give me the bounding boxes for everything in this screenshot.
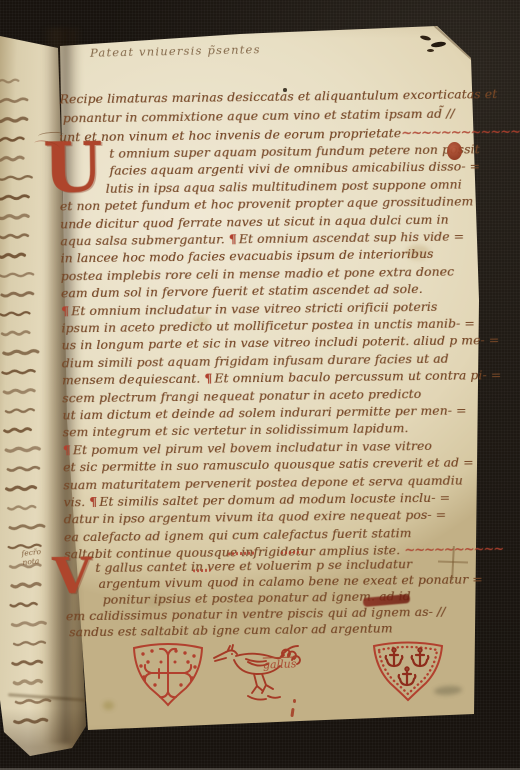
text-segment: in lancee hoc modo facies evacuabis ipsu… <box>60 247 433 266</box>
text-segment: Et pomum vel pirum vel bovem includatur … <box>73 439 432 457</box>
rubric-mark: ~~~~~~~~~~~~~~~~~~~~~~ <box>401 124 520 142</box>
manuscript-text-line: argentum vivum quod in calamo bene ne ex… <box>98 573 482 590</box>
red-wax-dot <box>447 142 462 160</box>
text-segment: dium simili post aquam frigidam infusam … <box>62 352 449 371</box>
text-segment: sem integrum et sic vertetur in solidiss… <box>63 421 409 439</box>
text-segment: unt et non vinum et hoc invenis de eorum… <box>59 126 401 144</box>
text-segment: Et omnium includatur in vase vitreo stri… <box>71 300 437 318</box>
text-segment: t gallus cantet in vere et voluerim p se… <box>95 557 412 575</box>
manuscript-text-line: unt et non vinum et hoc invenis de eorum… <box>59 125 520 145</box>
manuscript-text-line: Recipe limaturas marinas desiccatas et a… <box>59 88 497 106</box>
manuscript-text-line: dium simili post aquam frigidam infusam … <box>62 353 449 370</box>
text-segment: ponantur in commixtione aque cum vino et… <box>63 107 455 126</box>
rubric-mark: ¶ <box>63 442 71 457</box>
left-margin-note-line: nota <box>22 556 42 567</box>
text-segment: mensem dequiescant. <box>62 372 205 388</box>
manuscript-text-line: t gallus cantet in vere et voluerim p se… <box>95 558 412 574</box>
text-segment: ipsum in aceto predicto ut mollificetur … <box>61 316 475 335</box>
manuscript-text-line: aqua salsa submergantur. ¶Et omnium asce… <box>60 230 464 247</box>
text-segment: scem plectrum frangi nequeat ponatur in … <box>62 387 421 405</box>
text-segment: ut iam dictum et deinde ad solem indurar… <box>62 403 466 422</box>
manuscript-text-line: ut iam dictum et deinde ad solem indurar… <box>62 404 466 421</box>
manuscript-text-line: lutis in ipsa aqua salis multitudinem po… <box>106 179 462 196</box>
manuscript-text-line: mensem dequiescant. ¶Et omnium baculo pe… <box>62 369 501 387</box>
rubric-mark: ¶ <box>61 303 69 318</box>
text-segment: datur in ipso argentum vivum ita quod ex… <box>64 508 447 527</box>
left-heraldic-shield-icon <box>128 640 208 710</box>
manuscript-text-line: vis. ¶Et similis saltet per domum ad mod… <box>63 492 450 509</box>
manuscript-text-line: datur in ipso argentum vivum ita quod ex… <box>64 509 447 526</box>
rubric-mark: ¶ <box>89 494 97 509</box>
text-segment: eam dum sol in fervore fuerit et statim … <box>61 282 423 300</box>
manuscript-text-line: sem integrum et sic vertetur in solidiss… <box>63 422 409 439</box>
text-segment: Recipe limaturas marinas desiccatas et a… <box>59 87 497 106</box>
text-segment: t omnium super aquam positum fundum pete… <box>109 142 480 161</box>
rubric-mark: ¶ <box>229 231 237 246</box>
rubric-mark: ¶ <box>204 371 212 386</box>
text-segment: facies aquam argenti vivi de omnibus ami… <box>109 159 480 178</box>
text-segment: us in longum parte et sic in vase vitreo… <box>61 333 499 352</box>
text-segment: postea implebis rore celi in mense madio… <box>61 265 455 284</box>
text-segment: vis. <box>63 495 89 509</box>
anchor-charges <box>386 648 429 685</box>
manuscript-text-line: us in longum parte et sic in vase vitreo… <box>61 334 499 352</box>
manuscript-photo: Pateat vniuersis p̃sentes Recipe limatur… <box>0 0 520 770</box>
right-heraldic-shield-icon <box>369 639 447 705</box>
rooster-caption: gallus <box>263 657 297 671</box>
manuscript-text-line: eam dum sol in fervore fuerit et statim … <box>61 283 423 300</box>
text-segment: et non petet fundum et hoc provenit prop… <box>60 194 474 213</box>
manuscript-text-line: em calidissimus ponatur in ventre piscis… <box>66 606 446 623</box>
text-segment: argentum vivum quod in calamo bene ne ex… <box>98 572 482 591</box>
manuscript-text-line: ¶Et omnium includatur in vase vitreo str… <box>61 301 437 318</box>
manuscript-text-line: facies aquam argenti vivi de omnibus ami… <box>109 160 480 177</box>
manuscript-text-line: unde dicitur quod ferrate naves ut sicut… <box>60 214 449 231</box>
manuscript-text-line: ponantur in commixtione aque cum vino et… <box>63 108 455 125</box>
text-segment: Et omnium ascendat sup his vide = <box>239 229 464 246</box>
manuscript-text-line: ea calefacto ad ignem qui cum calefactus… <box>64 527 412 544</box>
text-segment: lutis in ipsa aqua salis multitudinem po… <box>106 178 462 196</box>
drop-cap-v: V <box>52 556 91 595</box>
manuscript-text-line: et non petet fundum et hoc provenit prop… <box>60 195 474 212</box>
manuscript-text-line: t omnium super aquam positum fundum pete… <box>109 143 480 160</box>
text-segment: suam maturitatem pervenerit postea depon… <box>63 474 463 493</box>
text-segment: aqua salsa submergantur. <box>60 232 229 248</box>
rooster-caption-text: gallus <box>263 657 297 671</box>
manuscript-text-line: postea implebis rore celi in mense madio… <box>61 266 455 283</box>
manuscript-text-line: ¶Et pomum vel pirum vel bovem includatur… <box>63 440 432 457</box>
text-segment: et sic permitte in suo ramusculo quousqu… <box>63 455 474 474</box>
text-segment: unde dicitur quod ferrate naves ut sicut… <box>60 213 449 232</box>
manuscript-text-line: et sic permitte in suo ramusculo quousqu… <box>63 456 474 473</box>
text-segment: Et omnium baculo percussum ut contra pi-… <box>214 368 501 386</box>
text-segment: Et similis saltet per domum ad modum loc… <box>99 491 450 509</box>
left-margin-note: ſecr̃o nota <box>21 547 42 568</box>
text-segment: ea calefacto ad ignem qui cum calefactus… <box>64 526 412 544</box>
manuscript-text-line: in lancee hoc modo facies evacuabis ipsu… <box>60 248 433 265</box>
manuscript-text-line: ipsum in aceto predicto ut mollificetur … <box>61 317 475 334</box>
manuscript-text-line: suam maturitatem pervenerit postea depon… <box>63 475 463 492</box>
manuscript-text-line: scem plectrum frangi nequeat ponatur in … <box>62 388 421 405</box>
